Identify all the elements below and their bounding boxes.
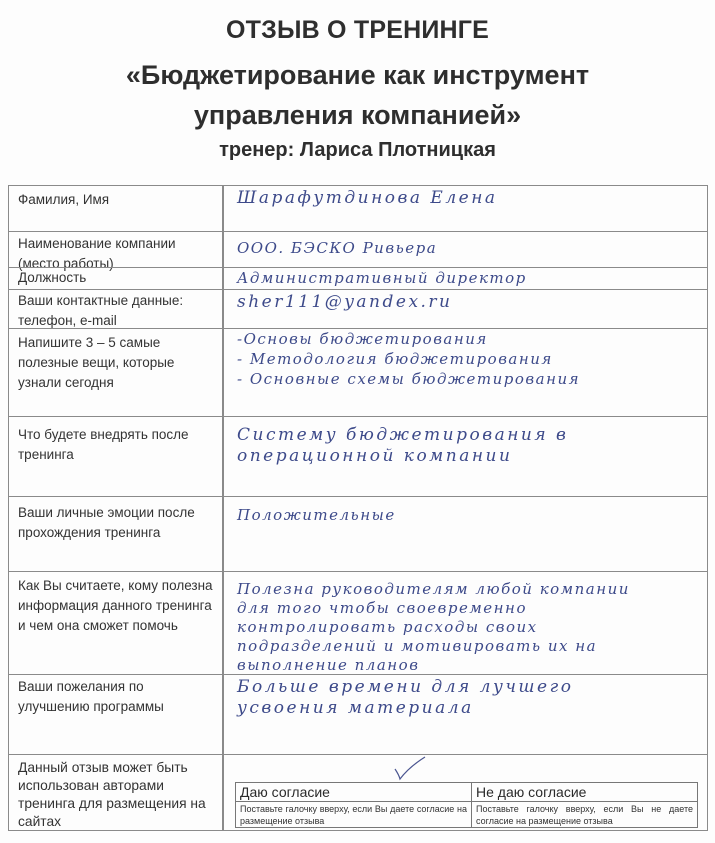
- label-consent: Данный отзыв может быть использован авто…: [18, 759, 218, 831]
- row-contacts: Ваши контактные данные: телефон, e-mail …: [9, 289, 707, 328]
- row-position: Должность Административный директор: [9, 267, 707, 289]
- label-useful-things: Напишите 3 – 5 самые полезные вещи, кото…: [18, 333, 218, 393]
- row-emotions: Ваши личные эмоции после прохождения тре…: [9, 496, 707, 571]
- consent-agree-note: Поставьте галочку вверху, если Вы даете …: [240, 803, 467, 827]
- consent-disagree-option[interactable]: Не даю согласие Поставьте галочку вверху…: [472, 783, 697, 827]
- column-divider: [222, 186, 224, 231]
- row-implement: Что будете внедрять после тренинга Систе…: [9, 416, 707, 496]
- answer-contacts[interactable]: sher111@yandex.ru: [237, 292, 699, 313]
- answer-full-name[interactable]: Шарафутдинова Елена: [237, 188, 699, 209]
- row-consent: Данный отзыв может быть использован авто…: [9, 754, 707, 830]
- column-divider: [222, 232, 224, 267]
- document-title: ОТЗЫВ О ТРЕНИНГЕ: [0, 16, 715, 45]
- label-who-benefits: Как Вы считаете, кому полезна информация…: [18, 576, 218, 636]
- answer-position[interactable]: Административный директор: [237, 268, 699, 288]
- column-divider: [222, 417, 224, 496]
- column-divider: [222, 572, 224, 674]
- consent-options: Даю согласие Поставьте галочку вверху, е…: [235, 782, 698, 828]
- answer-who-benefits[interactable]: Полезна руководителям любой компании для…: [237, 580, 667, 675]
- row-who-benefits: Как Вы считаете, кому полезна информация…: [9, 571, 707, 674]
- row-useful-things: Напишите 3 – 5 самые полезные вещи, кото…: [9, 328, 707, 416]
- label-full-name: Фамилия, Имя: [18, 190, 218, 210]
- column-divider: [222, 290, 224, 328]
- row-suggestions: Ваши пожелания по улучшению программы Бо…: [9, 674, 707, 754]
- checkmark-icon: [389, 755, 429, 781]
- course-title-line1: «Бюджетирование как инструмент: [0, 60, 715, 91]
- label-position: Должность: [18, 268, 218, 288]
- consent-divider: [472, 801, 697, 802]
- row-company: Наименование компании (место работы) ООО…: [9, 231, 707, 267]
- answer-company[interactable]: ООО. БЭСКО Ривьера: [237, 238, 699, 258]
- consent-agree-option[interactable]: Даю согласие Поставьте галочку вверху, е…: [236, 783, 472, 827]
- label-contacts: Ваши контактные данные: телефон, e-mail: [18, 291, 218, 331]
- consent-disagree-note: Поставьте галочку вверху, если Вы не дае…: [476, 803, 693, 827]
- column-divider: [222, 329, 224, 416]
- label-suggestions: Ваши пожелания по улучшению программы: [18, 677, 218, 717]
- column-divider: [222, 268, 224, 289]
- consent-divider: [236, 801, 471, 802]
- consent-agree-label: Даю согласие: [240, 784, 330, 800]
- course-title-line2: управления компанией»: [0, 100, 715, 131]
- answer-suggestions[interactable]: Больше времени для лучшего усвоения мате…: [237, 677, 657, 719]
- label-emotions: Ваши личные эмоции после прохождения тре…: [18, 503, 218, 543]
- consent-disagree-label: Не даю согласие: [476, 784, 586, 800]
- feedback-form-table: Фамилия, Имя Шарафутдинова Елена Наимено…: [8, 185, 708, 831]
- column-divider: [222, 675, 224, 754]
- column-divider: [222, 755, 224, 830]
- answer-implement[interactable]: Систему бюджетирования в операционной ко…: [237, 425, 597, 467]
- column-divider: [222, 497, 224, 571]
- answer-useful-things[interactable]: -Основы бюджетирования - Методология бюд…: [237, 329, 699, 389]
- label-implement: Что будете внедрять после тренинга: [18, 425, 218, 465]
- trainer-name: тренер: Лариса Плотницкая: [0, 139, 715, 162]
- answer-emotions[interactable]: Положительные: [237, 505, 699, 525]
- row-full-name: Фамилия, Имя Шарафутдинова Елена: [9, 186, 707, 231]
